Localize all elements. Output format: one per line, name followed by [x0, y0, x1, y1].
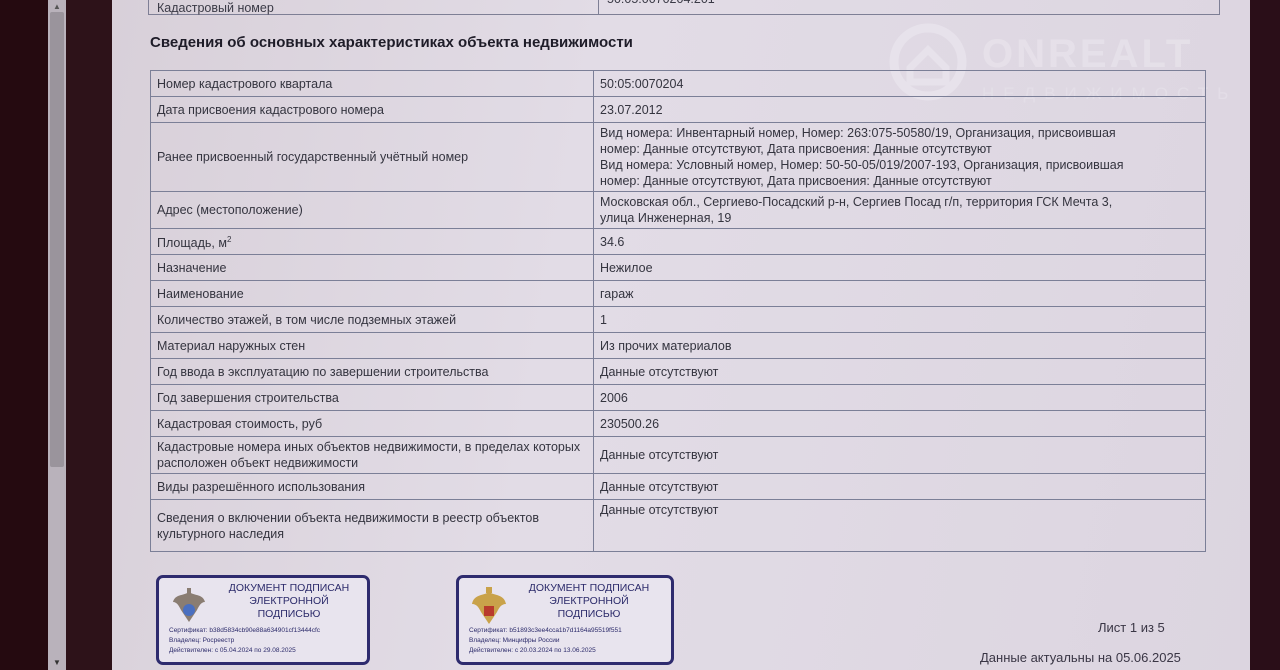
row-value: гараж — [594, 281, 1206, 307]
row-label: Виды разрешённого использования — [151, 474, 594, 500]
row-value: 1 — [594, 307, 1206, 333]
row-value: Из прочих материалов — [594, 333, 1206, 359]
row-value: Нежилое — [594, 255, 1206, 281]
row-label: Наименование — [151, 281, 594, 307]
data-actual-date: Данные актуальны на 05.06.2025 — [980, 650, 1181, 665]
scrollbar-thumb[interactable] — [50, 12, 64, 467]
scroll-down-arrow-icon[interactable]: ▼ — [48, 658, 66, 668]
rosreestr-emblem-icon — [169, 586, 209, 628]
stamp-validity: Действителен: с 20.03.2024 по 13.06.2025 — [469, 646, 622, 656]
value-line: Московская обл., Сергиево-Посадский р-н,… — [600, 194, 1199, 210]
table-row: Площадь, м2 34.6 — [151, 229, 1206, 255]
row-value: Московская обл., Сергиево-Посадский р-н,… — [594, 192, 1206, 229]
row-value: 34.6 — [594, 229, 1206, 255]
row-label: Адрес (местоположение) — [151, 192, 594, 229]
row-value: Данные отсутствуют — [594, 500, 1206, 552]
vertical-scrollbar[interactable]: ▲ ▼ — [48, 0, 66, 670]
row-label: Материал наружных стен — [151, 333, 594, 359]
signature-stamp-rosreestr: ДОКУМЕНТ ПОДПИСАН ЭЛЕКТРОННОЙ ПОДПИСЬЮ С… — [156, 575, 370, 665]
table-row: Назначение Нежилое — [151, 255, 1206, 281]
table-row: Номер кадастрового квартала 50:05:007020… — [151, 71, 1206, 97]
row-value: Данные отсутствуют — [594, 437, 1206, 474]
row-label: Кадастровая стоимость, руб — [151, 411, 594, 437]
russia-coat-of-arms-icon — [469, 586, 509, 628]
row-value: Данные отсутствуют — [594, 359, 1206, 385]
stamp-title-line: ПОДПИСЬЮ — [211, 608, 367, 621]
signature-stamp-mintsifry: ДОКУМЕНТ ПОДПИСАН ЭЛЕКТРОННОЙ ПОДПИСЬЮ С… — [456, 575, 674, 665]
table-row: Ранее присвоенный государственный учётны… — [151, 123, 1206, 192]
row-label: Сведения о включении объекта недвижимост… — [151, 500, 594, 552]
table-row: Год ввода в эксплуатацию по завершении с… — [151, 359, 1206, 385]
characteristics-table: Номер кадастрового квартала 50:05:007020… — [150, 70, 1206, 552]
stamp-info: Сертификат: b38d5834cb90e88a634901cf1344… — [169, 626, 320, 656]
row-value: 230500.26 — [594, 411, 1206, 437]
scroll-up-arrow-icon[interactable]: ▲ — [48, 2, 66, 12]
row-label: Назначение — [151, 255, 594, 281]
stamp-certificate: Сертификат: b51893c3ee4cca1b7d1164a95519… — [469, 626, 622, 636]
row-label: Год ввода в эксплуатацию по завершении с… — [151, 359, 594, 385]
row-value: 50:05:0070204 — [594, 71, 1206, 97]
area-unit-superscript: 2 — [227, 235, 231, 244]
cadastral-number-value: 50:05:0070204:201 — [599, 0, 1219, 4]
table-row: Дата присвоения кадастрового номера 23.0… — [151, 97, 1206, 123]
row-label: Количество этажей, в том числе подземных… — [151, 307, 594, 333]
background-gap — [66, 0, 112, 670]
stamp-info: Сертификат: b51893c3ee4cca1b7d1164a95519… — [469, 626, 622, 656]
document-page: Кадастровый номер 50:05:0070204:201 Свед… — [112, 0, 1250, 670]
table-row: Год завершения строительства 2006 — [151, 385, 1206, 411]
value-line: улица Инженерная, 19 — [600, 210, 1199, 226]
cadastral-number-row: Кадастровый номер 50:05:0070204:201 — [148, 0, 1220, 15]
area-label: Площадь, м — [157, 236, 227, 250]
value-line: номер: Данные отсутствуют, Дата присвоен… — [600, 141, 1199, 157]
row-label: Дата присвоения кадастрового номера — [151, 97, 594, 123]
value-line: номер: Данные отсутствуют, Дата присвоен… — [600, 173, 1199, 189]
table-row: Виды разрешённого использования Данные о… — [151, 474, 1206, 500]
row-value: 23.07.2012 — [594, 97, 1206, 123]
table-row: Материал наружных стен Из прочих материа… — [151, 333, 1206, 359]
cadastral-number-label: Кадастровый номер — [149, 0, 599, 14]
stamp-title-line: ЭЛЕКТРОННОЙ — [211, 595, 367, 608]
value-line: Вид номера: Условный номер, Номер: 50-50… — [600, 157, 1199, 173]
stamp-title-line: ПОДПИСЬЮ — [511, 608, 667, 621]
background-left — [0, 0, 48, 670]
stamp-certificate: Сертификат: b38d5834cb90e88a634901cf1344… — [169, 626, 320, 636]
row-label: Площадь, м2 — [151, 229, 594, 255]
row-label: Ранее присвоенный государственный учётны… — [151, 123, 594, 192]
stamp-title-line: ДОКУМЕНТ ПОДПИСАН — [211, 582, 367, 595]
stamp-owner: Владелец: Росреестр — [169, 636, 320, 646]
table-row: Количество этажей, в том числе подземных… — [151, 307, 1206, 333]
table-row: Кадастровая стоимость, руб 230500.26 — [151, 411, 1206, 437]
row-label: Год завершения строительства — [151, 385, 594, 411]
row-label: Кадастровые номера иных объектов недвижи… — [151, 437, 594, 474]
stamp-title-line: ЭЛЕКТРОННОЙ — [511, 595, 667, 608]
stamp-title: ДОКУМЕНТ ПОДПИСАН ЭЛЕКТРОННОЙ ПОДПИСЬЮ — [211, 582, 367, 621]
value-line: Вид номера: Инвентарный номер, Номер: 26… — [600, 125, 1199, 141]
section-title: Сведения об основных характеристиках объ… — [150, 34, 633, 51]
background-right — [1250, 0, 1280, 670]
row-value: Вид номера: Инвентарный номер, Номер: 26… — [594, 123, 1206, 192]
stamp-validity: Действителен: с 05.04.2024 по 29.08.2025 — [169, 646, 320, 656]
page-number: Лист 1 из 5 — [1098, 620, 1165, 635]
row-label: Номер кадастрового квартала — [151, 71, 594, 97]
table-row: Адрес (местоположение) Московская обл., … — [151, 192, 1206, 229]
row-value: Данные отсутствуют — [594, 474, 1206, 500]
stamp-owner: Владелец: Минцифры России — [469, 636, 622, 646]
table-row: Наименование гараж — [151, 281, 1206, 307]
table-row: Кадастровые номера иных объектов недвижи… — [151, 437, 1206, 474]
table-row: Сведения о включении объекта недвижимост… — [151, 500, 1206, 552]
row-value: 2006 — [594, 385, 1206, 411]
stamp-title: ДОКУМЕНТ ПОДПИСАН ЭЛЕКТРОННОЙ ПОДПИСЬЮ — [511, 582, 667, 621]
stamp-title-line: ДОКУМЕНТ ПОДПИСАН — [511, 582, 667, 595]
